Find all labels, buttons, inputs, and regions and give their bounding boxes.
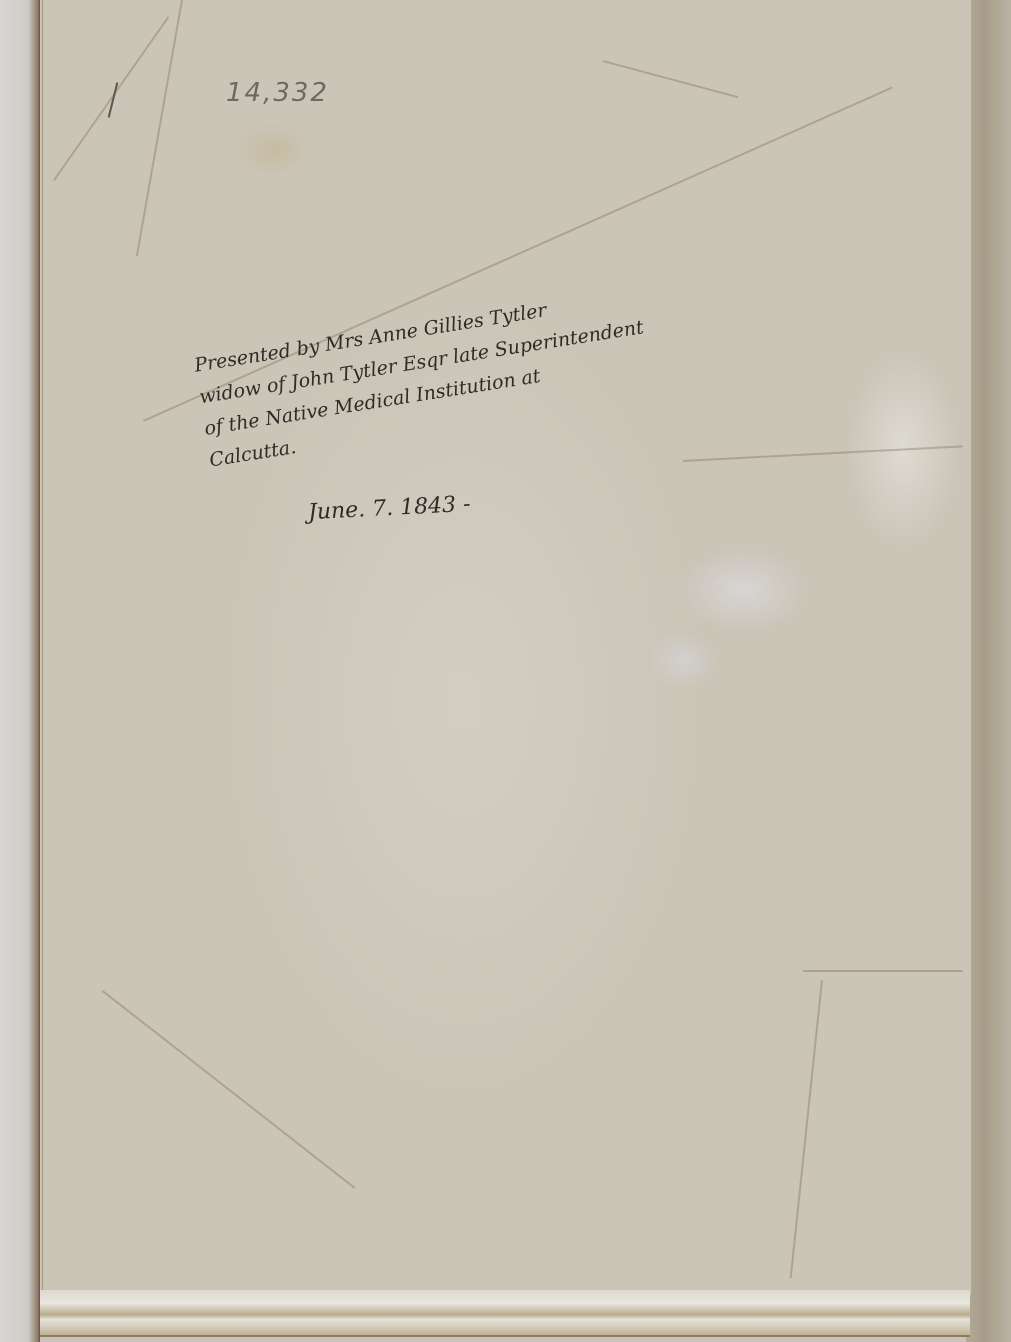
paper-crease (603, 60, 739, 98)
scan-backdrop-left (0, 0, 40, 1342)
paper-crease (790, 980, 823, 1279)
paper-crease (683, 445, 963, 461)
paper-crease (102, 990, 355, 1188)
paper-crease (803, 970, 963, 972)
page-edges (40, 1290, 970, 1337)
shelf-mark-number: 14,332 (226, 78, 329, 108)
manuscript-page (42, 0, 971, 1295)
paper-crease (136, 0, 183, 256)
paper-crease (53, 16, 169, 181)
scan-backdrop-right (966, 0, 1011, 1342)
